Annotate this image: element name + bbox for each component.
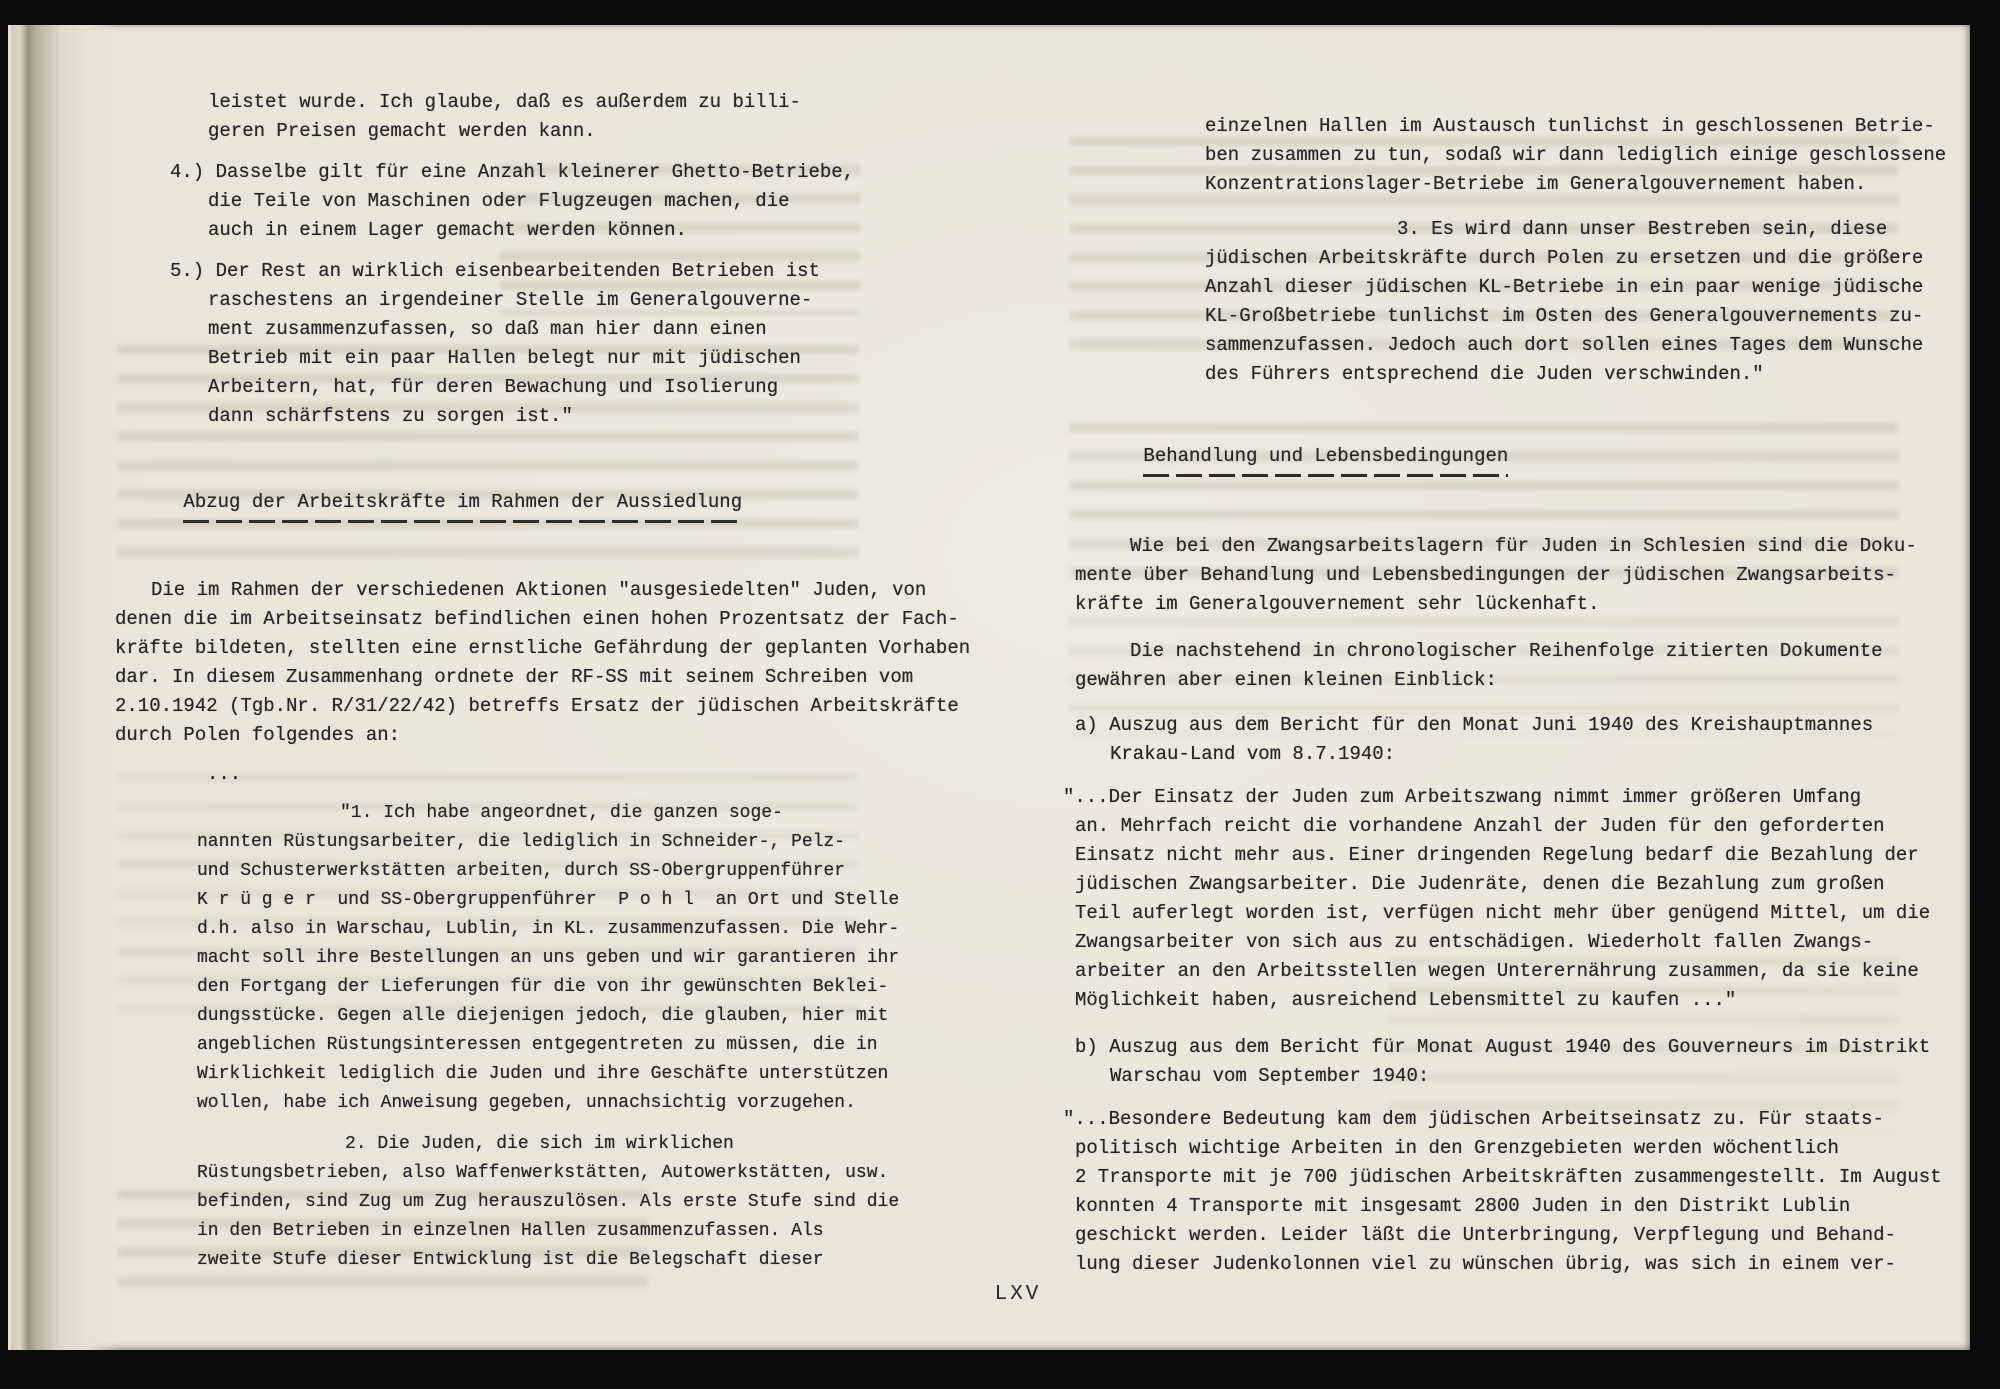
text-line: 2 Transporte mit je 700 jüdischen Arbeit… [1075, 1163, 1980, 1192]
right-column: einzelnen Hallen im Austausch tunlichst … [1075, 112, 1980, 1279]
text-line: kräfte bildeten, stellten eine ernstlich… [115, 634, 885, 663]
paragraph-chronologisch: Die nachstehend in chronologischer Reihe… [1075, 637, 1980, 695]
quote-point-1: "1. Ich habe angeordnet, die ganzen soge… [115, 799, 885, 1118]
text-line: Wirklichkeit lediglich die Juden und ihr… [197, 1060, 885, 1089]
text-line: angeblichen Rüstungsinteressen entgegent… [197, 1031, 885, 1060]
text-line: des Führers entsprechend die Juden versc… [1205, 360, 1980, 389]
text-line: politisch wichtige Arbeiten in den Grenz… [1075, 1134, 1980, 1163]
list-item-4: 4.) Dasselbe gilt für eine Anzahl kleine… [115, 158, 885, 245]
document-item-b: b) Auszug aus dem Bericht für Monat Augu… [1075, 1033, 1980, 1091]
paragraph-aussiedlung: Die im Rahmen der verschiedenen Aktionen… [115, 576, 885, 750]
text-line: "...Besondere Bedeutung kam dem jüdische… [1063, 1105, 1980, 1134]
list-item-5: 5.) Der Rest an wirklich eisenbearbeiten… [115, 257, 885, 431]
text-line: jüdischen Arbeitskräfte durch Polen zu e… [1205, 244, 1980, 273]
paragraph-continuation: leistet wurde. Ich glaube, daß es außerd… [115, 88, 885, 146]
text-line: dungsstücke. Gegen alle diejenigen jedoc… [197, 1002, 885, 1031]
text-line: Die nachstehend in chronologischer Reihe… [1130, 637, 1980, 666]
text-line: durch Polen folgendes an: [115, 721, 885, 750]
text-line: K r ü g e r und SS-Obergruppenführer P o… [197, 886, 885, 915]
text-line: Betrieb mit ein paar Hallen belegt nur m… [208, 344, 885, 373]
page-gutter-shadow [8, 25, 118, 1350]
heading-underlined-text: Abzug der Arbeitskräfte im Rahmen der Au… [183, 488, 742, 525]
text-line: b) Auszug aus dem Bericht für Monat Augu… [1075, 1033, 1980, 1062]
text-line: geschickt werden. Leider läßt die Unterb… [1075, 1221, 1980, 1250]
text-line: Warschau vom September 1940: [1110, 1062, 1980, 1091]
text-line: den Fortgang der Lieferungen für die von… [197, 973, 885, 1002]
section-heading-abzug: Abzug der Arbeitskräfte im Rahmen der Au… [115, 459, 885, 554]
book-page: leistet wurde. Ich glaube, daß es außerd… [8, 25, 1970, 1350]
paragraph-schlesien: Wie bei den Zwangsarbeitslagern für Jude… [1075, 532, 1980, 619]
text-line: Konzentrationslager-Betriebe im Generalg… [1205, 170, 1980, 199]
page-edge-highlight [8, 25, 11, 1350]
text-line: Die im Rahmen der verschiedenen Aktionen… [151, 576, 885, 605]
text-line: a) Auszug aus dem Bericht für den Monat … [1075, 711, 1980, 740]
page-number: LXV [938, 1283, 1098, 1306]
heading-underlined-text: Behandlung und Lebensbedingungen [1143, 442, 1508, 479]
left-column: leistet wurde. Ich glaube, daß es außerd… [115, 88, 885, 1275]
text-line: zweite Stufe dieser Entwicklung ist die … [197, 1246, 885, 1275]
text-line: arbeiter an den Arbeitsstellen wegen Unt… [1075, 957, 1980, 986]
text-line: und Schusterwerkstätten arbeiten, durch … [197, 857, 885, 886]
text-line: ben zusammen zu tun, sodaß wir dann ledi… [1205, 141, 1980, 170]
text-line: nannten Rüstungsarbeiter, die lediglich … [197, 828, 885, 857]
text-line: leistet wurde. Ich glaube, daß es außerd… [208, 88, 885, 117]
quote-continuation: einzelnen Hallen im Austausch tunlichst … [1075, 112, 1980, 199]
text-line: denen die im Arbeitseinsatz befindlichen… [115, 605, 885, 634]
text-line: auch in einem Lager gemacht werden könne… [208, 216, 885, 245]
text-line: in den Betrieben in einzelnen Hallen zus… [197, 1217, 885, 1246]
text-line: Möglichkeit haben, ausreichend Lebensmit… [1075, 986, 1980, 1015]
scanned-book-page: { "page": { "number": "LXV" }, "left_col… [0, 0, 2000, 1389]
text-line: 2. Die Juden, die sich im wirklichen [345, 1130, 885, 1159]
text-line: dar. In diesem Zusammenhang ordnete der … [115, 663, 885, 692]
text-line: 5.) Der Rest an wirklich eisenbearbeiten… [170, 257, 885, 286]
text-line: gewähren aber einen kleinen Einblick: [1075, 666, 1980, 695]
text-line: sammenzufassen. Jedoch auch dort sollen … [1205, 331, 1980, 360]
text-line: raschestens an irgendeiner Stelle im Gen… [208, 286, 885, 315]
text-line: konnten 4 Transporte mit insgesamt 2800 … [1075, 1192, 1980, 1221]
text-line: die Teile von Maschinen oder Flugzeugen … [208, 187, 885, 216]
text-line: kräfte im Generalgouvernement sehr lücke… [1075, 590, 1980, 619]
text-line: "1. Ich habe angeordnet, die ganzen soge… [340, 799, 885, 828]
text-line: Krakau-Land vom 8.7.1940: [1110, 740, 1980, 769]
text-line: wollen, habe ich Anweisung gegeben, unna… [197, 1089, 885, 1118]
text-line: Rüstungsbetrieben, also Waffenwerkstätte… [197, 1159, 885, 1188]
text-line: d.h. also in Warschau, Lublin, in KL. zu… [197, 915, 885, 944]
text-line: Einsatz nicht mehr aus. Einer dringenden… [1075, 841, 1980, 870]
text-line: Arbeitern, hat, für deren Bewachung und … [208, 373, 885, 402]
text-line: lung dieser Judenkolonnen viel zu wünsch… [1075, 1250, 1980, 1279]
text-line: Teil auferlegt worden ist, verfügen nich… [1075, 899, 1980, 928]
quote-point-2: 2. Die Juden, die sich im wirklichenRüst… [115, 1130, 885, 1275]
text-line: befinden, sind Zug um Zug herauszulösen.… [197, 1188, 885, 1217]
text-line: macht soll ihre Bestellungen an uns gebe… [197, 944, 885, 973]
text-line: einzelnen Hallen im Austausch tunlichst … [1205, 112, 1980, 141]
text-line: jüdischen Zwangsarbeiter. Die Judenräte,… [1075, 870, 1980, 899]
section-heading-behandlung: Behandlung und Lebensbedingungen [1075, 413, 1980, 508]
text-line: KL-Großbetriebe tunlichst im Osten des G… [1205, 302, 1980, 331]
text-line: mente über Behandlung und Lebensbedingun… [1075, 561, 1980, 590]
text-line: an. Mehrfach reicht die vorhandene Anzah… [1075, 812, 1980, 841]
text-line: dann schärfstens zu sorgen ist." [208, 402, 885, 431]
text-line: Zwangsarbeiter von sich aus zu entschädi… [1075, 928, 1980, 957]
text-line: ... [207, 760, 885, 789]
text-line: 3. Es wird dann unser Bestreben sein, di… [1397, 215, 1980, 244]
text-line: "...Der Einsatz der Juden zum Arbeitszwa… [1063, 783, 1980, 812]
quote-document-b: "...Besondere Bedeutung kam dem jüdische… [1075, 1105, 1980, 1279]
text-line: geren Preisen gemacht werden kann. [208, 117, 885, 146]
text-line: 2.10.1942 (Tgb.Nr. R/31/22/42) betreffs … [115, 692, 885, 721]
quote-document-a: "...Der Einsatz der Juden zum Arbeitszwa… [1075, 783, 1980, 1015]
ellipsis-line: ... [115, 760, 885, 789]
text-line: Wie bei den Zwangsarbeitslagern für Jude… [1130, 532, 1980, 561]
text-line: Anzahl dieser jüdischen KL-Betriebe in e… [1205, 273, 1980, 302]
quote-point-3: 3. Es wird dann unser Bestreben sein, di… [1075, 215, 1980, 389]
document-item-a: a) Auszug aus dem Bericht für den Monat … [1075, 711, 1980, 769]
text-line: 4.) Dasselbe gilt für eine Anzahl kleine… [170, 158, 885, 187]
text-line: ment zusammenzufassen, so daß man hier d… [208, 315, 885, 344]
